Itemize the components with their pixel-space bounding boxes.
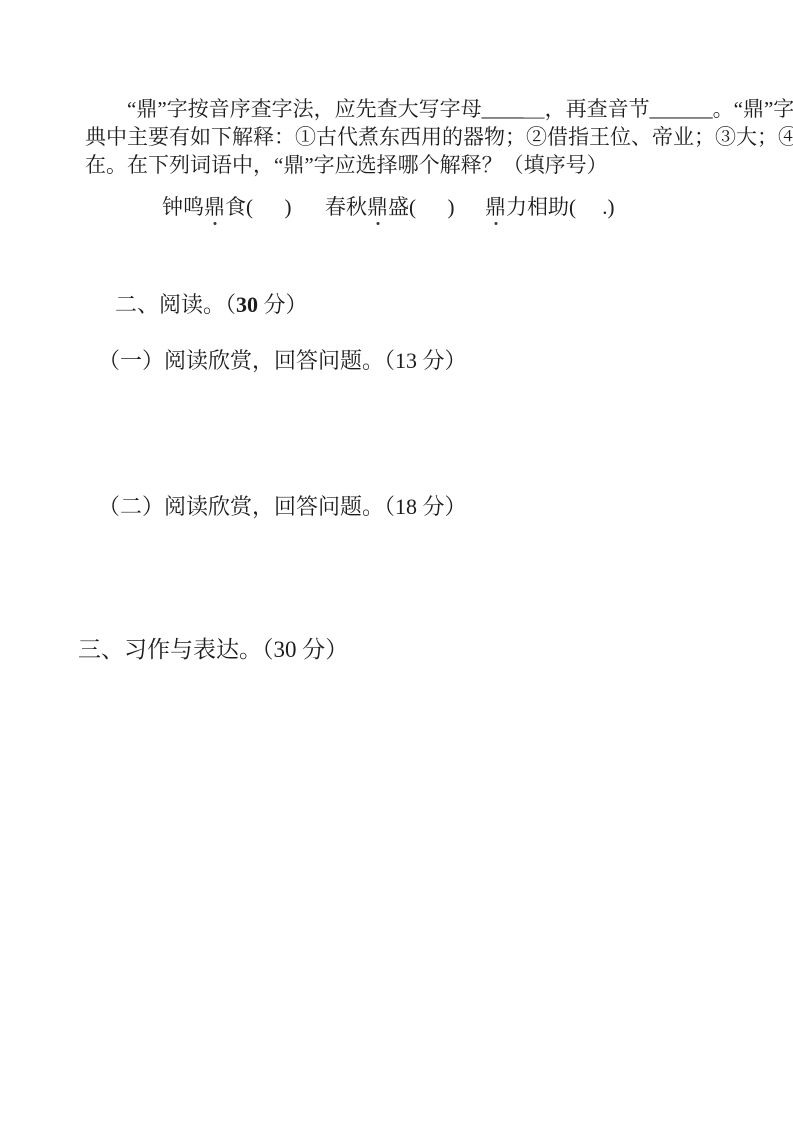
- idiom-blank: 力相助( .): [506, 195, 615, 219]
- subsection-heading-reading-part2: （二）阅读欣赏，回答问题。（18 分）: [98, 490, 467, 521]
- emphasized-ding-character: 鼎: [367, 193, 388, 221]
- section-heading-text: 二、阅读。（: [115, 292, 236, 317]
- subsection-heading-reading-part1: （一）阅读欣赏，回答问题。（13 分）: [98, 344, 467, 375]
- paragraph-line-3: 在。在下列词语中，“鼎”字应选择哪个解释？（填序号）: [85, 151, 730, 179]
- section-heading-writing: 三、习作与表达。（30 分）: [78, 631, 348, 664]
- idiom-blank: 食( ): [225, 195, 292, 219]
- idiom-item-chunqiudingsheng: 春秋鼎盛( ): [325, 193, 455, 221]
- section-heading-reading: 二、阅读。（30 分）: [115, 288, 308, 319]
- paragraph-line-1: “鼎”字按音序查字法，应先查大写字母____＿，再查音节______。“鼎”字在…: [85, 95, 730, 123]
- idiom-text: 春秋: [325, 195, 367, 219]
- exam-paper-page: “鼎”字按音序查字法，应先查大写字母____＿，再查音节______。“鼎”字在…: [0, 0, 793, 1122]
- idiom-item-dinglixiangzhu: 鼎力相助( .): [485, 193, 615, 221]
- idiom-blank: 盛( ): [388, 195, 455, 219]
- idiom-item-zhongmingdingshi: 钟鸣鼎食( ): [162, 193, 292, 221]
- idiom-text: 钟鸣: [162, 195, 204, 219]
- emphasized-ding-character: 鼎: [204, 193, 225, 221]
- section-score: 30: [236, 292, 258, 317]
- question-paragraph: “鼎”字按音序查字法，应先查大写字母____＿，再查音节______。“鼎”字在…: [85, 95, 730, 179]
- idiom-answer-row: 钟鸣鼎食( ) 春秋鼎盛( ) 鼎力相助( .): [0, 193, 793, 227]
- paragraph-line-2: 典中主要有如下解释：①古代煮东西用的器物；②借指王位、帝业；③大；④正当，正: [85, 123, 730, 151]
- emphasized-ding-character: 鼎: [485, 193, 506, 221]
- section-score-unit: 分）: [258, 292, 308, 317]
